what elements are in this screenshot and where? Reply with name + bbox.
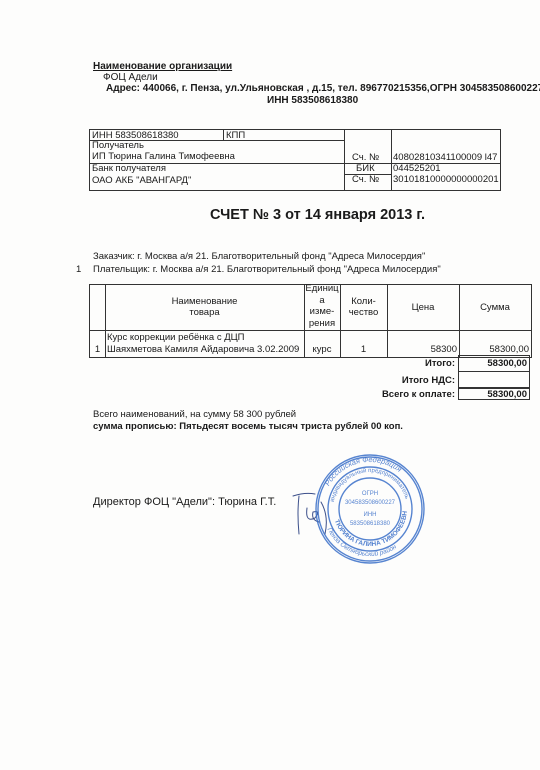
row-sum: 58300,00 [459, 344, 529, 355]
official-stamp: Российская Федерация индивидуальный пред… [313, 452, 427, 566]
subtotal-value: 58300,00 [458, 355, 530, 372]
account-label: Сч. № [352, 152, 379, 163]
vat-value [458, 371, 530, 388]
vat-label: Итого НДС: [330, 375, 455, 386]
row-name: Курс коррекции ребёнка с ДЦПШаяхметова К… [107, 332, 299, 356]
goods-table: Наименованиетовара Единица изме-рения Ко… [89, 284, 532, 358]
row-price: 58300 [387, 344, 457, 355]
payer-line: Плательщик: г. Москва а/я 21. Благотвори… [93, 264, 441, 275]
bank-label: Банк получателя [92, 163, 166, 174]
header-sum: Сумма [459, 302, 531, 313]
recipient-name: ИП Тюрина Галина Тимофеевна [92, 151, 235, 162]
organization-heading: Наименование организации [93, 61, 232, 72]
margin-number: 1 [76, 264, 81, 275]
total-value: 58300,00 [458, 388, 530, 400]
bank-details-table: ИНН 583508618380 КПП Получатель ИП Тюрин… [89, 129, 501, 191]
row-qty: 1 [340, 344, 387, 355]
account-value: 40802810341100009 l47 [393, 152, 497, 163]
header-unit: Единица изме-рения [304, 283, 340, 329]
invoice-title: СЧЕТ № 3 от 14 января 2013 г. [210, 207, 425, 223]
recipient-label: Получатель [92, 140, 144, 151]
header-price: Цена [387, 302, 459, 313]
corr-account-label: Сч. № [352, 174, 379, 185]
bank-name: ОАО АКБ "АВАНГАРД" [92, 175, 191, 186]
amount-in-words: сумма прописью: Пятьдесят восемь тысяч т… [93, 421, 403, 432]
bik-value: 044525201 [393, 163, 441, 174]
svg-text:ОГРН: ОГРН [362, 491, 378, 497]
header-qty: Коли-чество [340, 296, 387, 318]
organization-address: Адрес: 440066, г. Пенза, ул.Ульяновская … [106, 83, 540, 94]
organization-inn: ИНН 583508618380 [267, 95, 358, 106]
subtotal-label: Итого: [330, 358, 455, 369]
bik-label: БИК [356, 163, 375, 174]
organization-name: ФОЦ Адели [103, 72, 158, 83]
row-num: 1 [90, 344, 105, 355]
svg-text:583508618380: 583508618380 [350, 521, 391, 527]
total-label: Всего к оплате: [330, 389, 455, 400]
row-unit: курс [304, 344, 340, 355]
svg-text:304583508600227: 304583508600227 [345, 500, 396, 506]
svg-text:ИНН: ИНН [364, 512, 377, 518]
header-name: Наименованиетовара [105, 296, 304, 318]
customer-line: Заказчик: г. Москва а/я 21. Благотворите… [93, 251, 425, 262]
items-summary: Всего наименований, на сумму 58 300 рубл… [93, 409, 296, 420]
corr-account-value: 30101810000000000201 [393, 174, 499, 185]
director-signature-line: Директор ФОЦ "Адели": Тюрина Г.Т. [93, 496, 276, 508]
kpp-label: КПП [226, 130, 245, 141]
